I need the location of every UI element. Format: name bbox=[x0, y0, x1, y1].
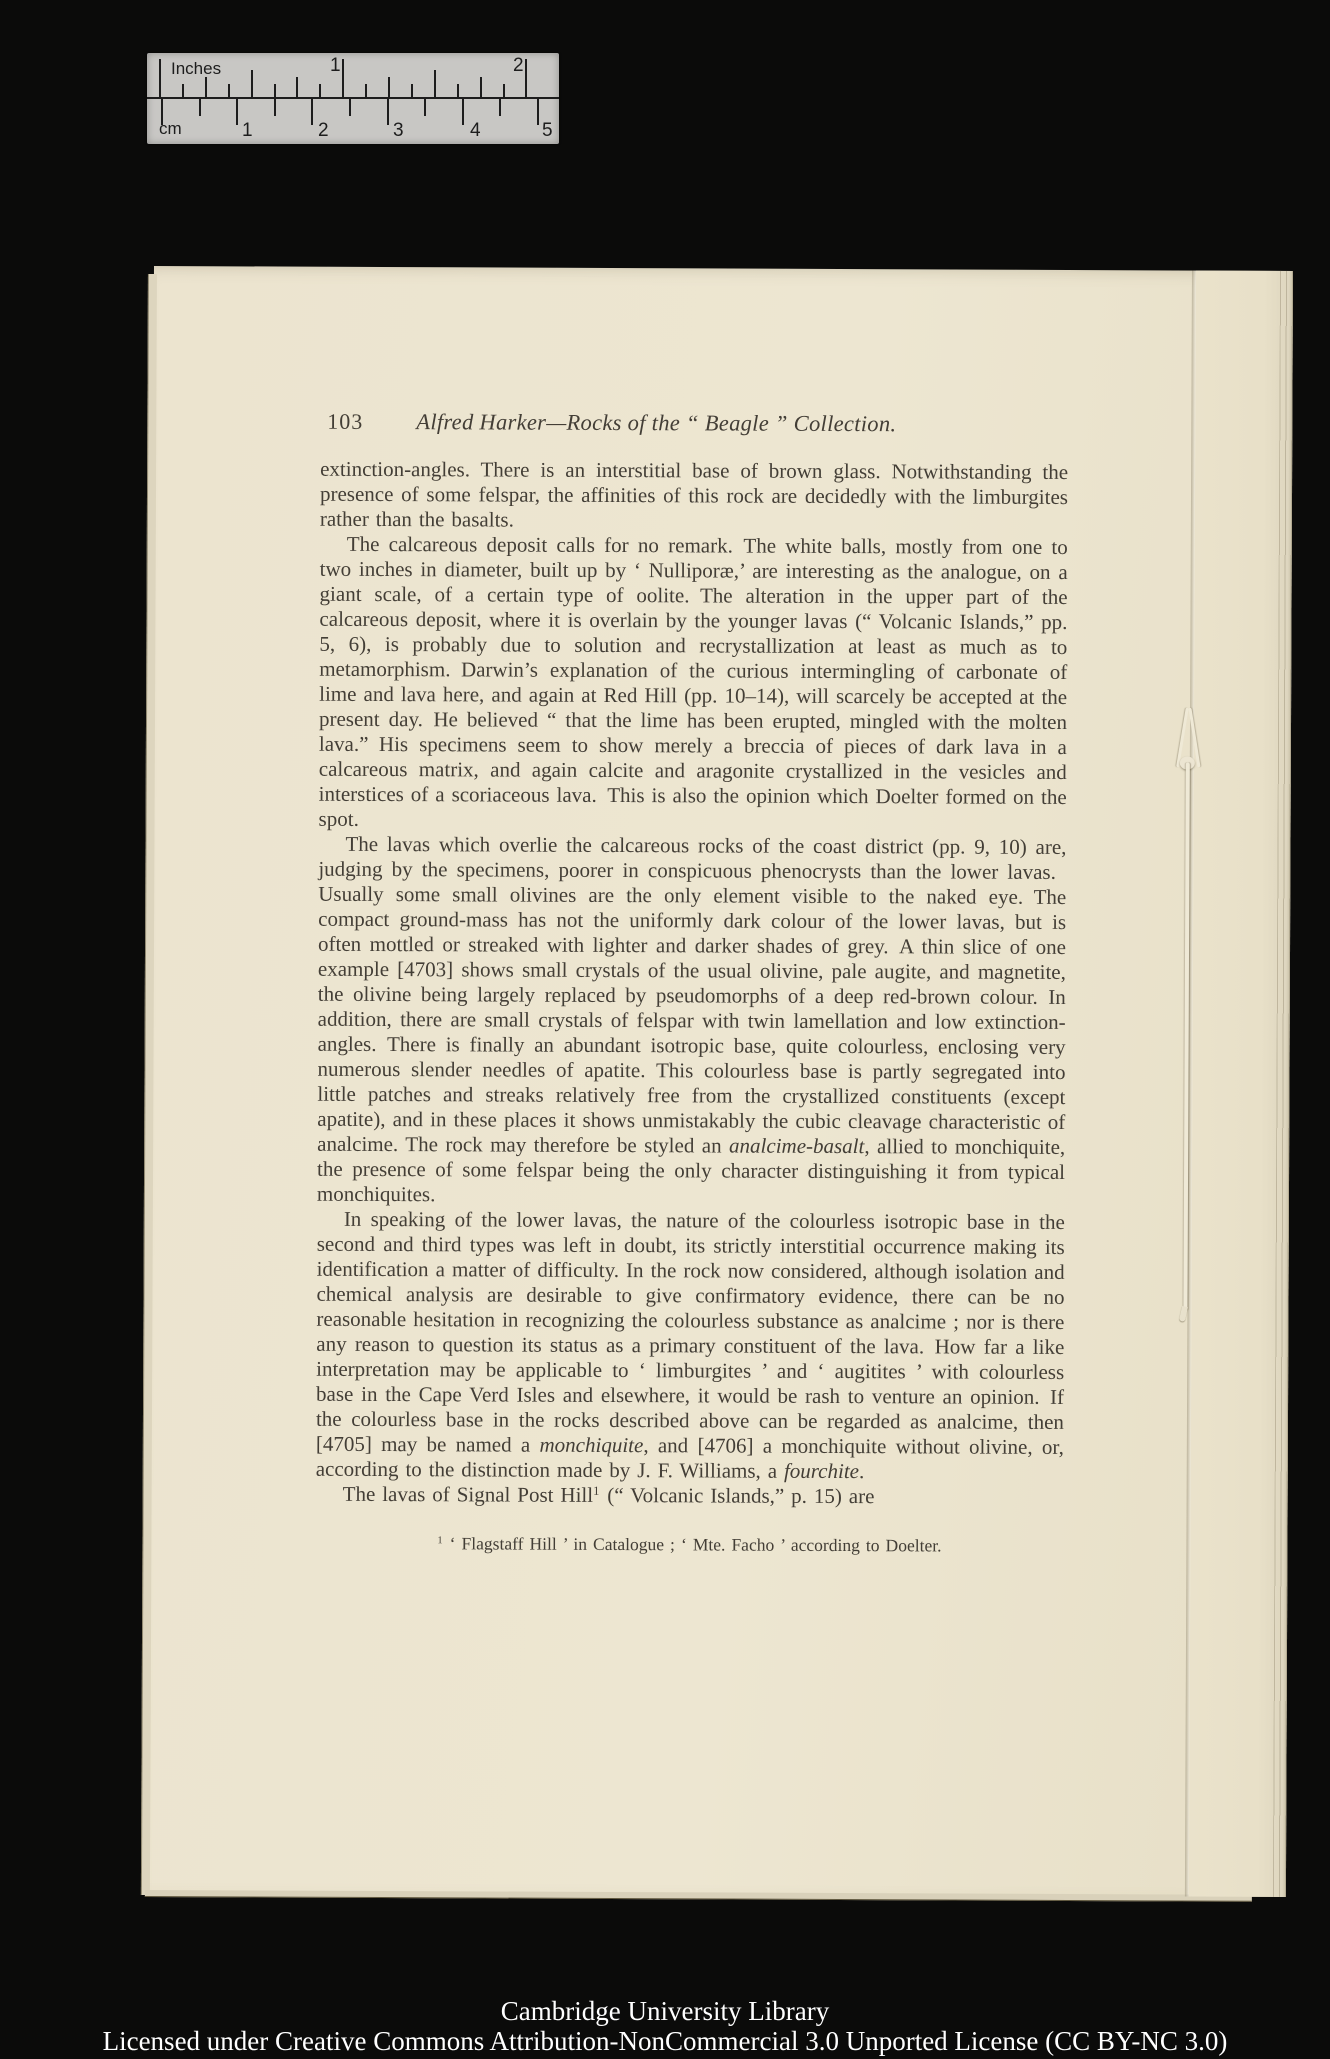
ruler-tick bbox=[480, 77, 482, 97]
ruler-tick bbox=[159, 59, 161, 97]
ruler-cm-number: 2 bbox=[318, 120, 329, 142]
ruler-tick bbox=[205, 77, 207, 97]
text-segment: In speaking of the lower lavas, the natu… bbox=[316, 1207, 1065, 1457]
ruler-tick bbox=[499, 99, 501, 116]
ruler-tick bbox=[311, 99, 313, 125]
paragraph: The calcareous deposit calls for no rema… bbox=[319, 532, 1068, 835]
ruler-tick bbox=[228, 84, 230, 97]
ruler-tick bbox=[319, 84, 321, 97]
text-segment: The lavas which overlie the calcareous r… bbox=[317, 832, 1066, 1158]
ruler-tick bbox=[182, 84, 184, 97]
superscript-reference: 1 bbox=[593, 1484, 599, 1498]
footnote: 1 ‘ Flagstaff Hill ’ in Catalogue ; ‘ Mt… bbox=[315, 1533, 1063, 1557]
ruler-tick bbox=[251, 70, 253, 97]
ruler-tick bbox=[457, 84, 459, 97]
ruler-cm-label: cm bbox=[159, 119, 182, 139]
ruler-tick bbox=[424, 99, 426, 116]
ruler-tick bbox=[274, 99, 276, 116]
ruler-tick bbox=[525, 59, 527, 97]
ruler-cm-number: 1 bbox=[242, 120, 253, 142]
text-segment: extinction-angles. There is an interstit… bbox=[320, 457, 1068, 532]
ruler-inch-number: 1 bbox=[330, 55, 341, 77]
footer-license-text: Licensed under Creative Commons Attribut… bbox=[0, 2026, 1330, 2056]
ruler-tick bbox=[434, 70, 436, 97]
superscript-reference: 1 bbox=[437, 1535, 442, 1546]
book-page: 103 Alfred Harker—Rocks of the “ Beagle … bbox=[147, 266, 1293, 1897]
page-number: 103 bbox=[327, 409, 363, 435]
ruler-tick bbox=[462, 99, 464, 125]
running-head: 103 Alfred Harker—Rocks of the “ Beagle … bbox=[327, 409, 1075, 438]
ruler-tick bbox=[388, 77, 390, 97]
text-segment: . bbox=[859, 1459, 864, 1483]
ruler-tick bbox=[274, 84, 276, 97]
text-segment: The calcareous deposit calls for no rema… bbox=[319, 532, 1068, 831]
ruler-tick bbox=[503, 84, 505, 97]
scan-canvas: Inches 1 2 cm 1 2 3 4 5 103 Alfred Harke… bbox=[0, 0, 1330, 2059]
ruler: Inches 1 2 cm 1 2 3 4 5 bbox=[147, 53, 559, 144]
italic-text: analcime-basalt bbox=[729, 1134, 864, 1159]
footer-library-credit: Cambridge University Library bbox=[0, 1996, 1330, 2026]
ruler-tick bbox=[296, 77, 298, 97]
ruler-tick bbox=[537, 99, 539, 125]
paragraph: In speaking of the lower lavas, the natu… bbox=[316, 1207, 1065, 1485]
ruler-midline bbox=[147, 97, 559, 99]
italic-text: fourchite bbox=[784, 1459, 859, 1483]
text-segment: The lavas of Signal Post Hill bbox=[343, 1482, 594, 1507]
ruler-tick bbox=[236, 99, 238, 125]
page-stack-edge bbox=[1189, 271, 1293, 1897]
paragraph: extinction-angles. There is an interstit… bbox=[320, 457, 1068, 535]
text-segment: ‘ Flagstaff Hill ’ in Catalogue ; ‘ Mte.… bbox=[444, 1533, 942, 1555]
ruler-cm-number: 3 bbox=[393, 120, 404, 142]
ruler-cm-number: 5 bbox=[542, 120, 553, 142]
running-title: Alfred Harker—Rocks of the “ Beagle ” Co… bbox=[416, 409, 896, 437]
body-text: extinction-angles. There is an interstit… bbox=[315, 457, 1068, 1557]
ruler-cm-number: 4 bbox=[470, 120, 481, 142]
paragraph: The lavas of Signal Post Hill1 (“ Volcan… bbox=[316, 1482, 1064, 1510]
ruler-inches-label: Inches bbox=[171, 59, 221, 79]
ruler-tick bbox=[342, 59, 344, 97]
ruler-inch-number: 2 bbox=[513, 55, 524, 77]
ruler-tick bbox=[365, 84, 367, 97]
ruler-tick bbox=[411, 84, 413, 97]
page-stack-lines bbox=[1273, 271, 1293, 1897]
text-segment: (“ Volcanic Islands,” p. 15) are bbox=[600, 1483, 874, 1508]
italic-text: monchiquite bbox=[539, 1433, 643, 1457]
ruler-tick bbox=[199, 99, 201, 116]
ruler-tick bbox=[349, 99, 351, 116]
under-sheet-edge bbox=[145, 1890, 1252, 1902]
paragraph: The lavas which overlie the calcareous r… bbox=[317, 832, 1067, 1210]
ruler-tick bbox=[387, 99, 389, 125]
under-sheet-edge bbox=[141, 274, 157, 1895]
